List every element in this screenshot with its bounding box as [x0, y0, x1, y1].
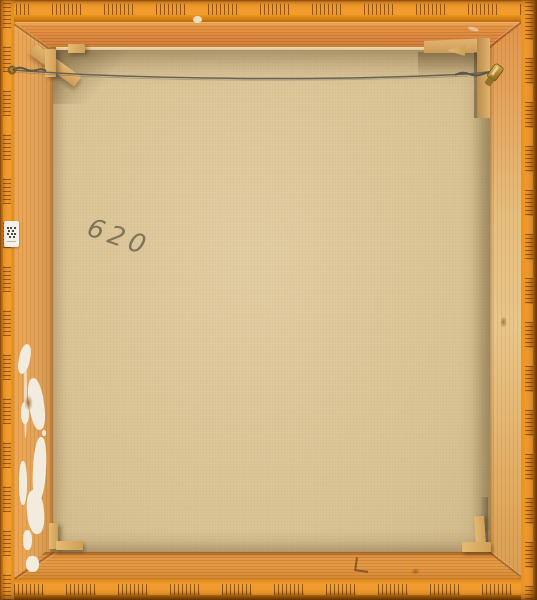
hanging-wire	[13, 70, 497, 79]
brass-hook-right	[482, 63, 504, 87]
framed-painting-back-photo: 620	[0, 0, 537, 600]
hanging-wire-assembly	[0, 0, 537, 600]
screw-eye-left	[9, 67, 16, 74]
